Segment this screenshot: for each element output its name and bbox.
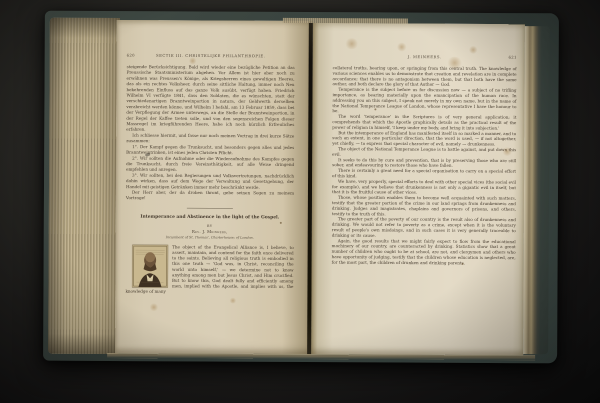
paragraph: steigende Berücksichtigung. Bald wird wi…	[126, 64, 294, 133]
open-book: 620 SECTIE III. CHRISTELIJKE PHILANTHROP…	[43, 11, 559, 364]
right-fore-edge-pages	[523, 26, 550, 354]
article-opening-paragraph: The object of the Evangelical Alliance i…	[125, 244, 293, 295]
paragraph: Ich schliesse hiermit, und fasse nur noc…	[126, 133, 294, 145]
article-title: Intemperance and Abstinence in the light…	[126, 214, 294, 220]
article-divider-rule	[187, 208, 233, 209]
right-page-number: 621	[502, 55, 517, 60]
top-page-edges	[283, 18, 408, 24]
paper-speck	[462, 263, 464, 265]
paper-speck	[374, 108, 376, 110]
paragraph: 2°. Wir sollten die Aufnahme oder die Wi…	[126, 155, 294, 173]
paragraph: But the intemperance of England has mani…	[332, 130, 516, 147]
left-running-head-title: SECTIE III. CHRISTELIJKE PHILANTHROPIE.	[142, 53, 280, 58]
paragraph: The word 'temperance' in the Scriptures …	[332, 114, 516, 131]
byline-by: BY	[126, 223, 294, 228]
paper-speck	[280, 222, 282, 224]
paragraph: 1°. Der Kampf gegen die Trunksucht, und …	[126, 144, 294, 156]
german-article-ending: steigende Berücksichtigung. Bald wird wi…	[126, 64, 295, 202]
byline-author: Rev. J. Meinhers,	[126, 229, 294, 234]
paragraph: Der Herr aber, der da droben thront, geb…	[126, 190, 294, 202]
paragraph: Those, whose position enables them to be…	[332, 195, 516, 218]
right-running-head: J. MEINHERS. 621	[333, 54, 517, 59]
left-page-number: 620	[127, 53, 142, 58]
book-photograph: 620 SECTIE III. CHRISTELIJKE PHILANTHROP…	[0, 0, 600, 403]
paragraph: Temperance is the subject before us for …	[332, 87, 516, 115]
right-page-text-block: J. MEINHERS. 621 collateral truths, bear…	[332, 54, 517, 266]
paragraph: Again, the good results that we might fa…	[332, 238, 516, 266]
left-page-text-block: 620 SECTIE III. CHRISTELIJKE PHILANTHROP…	[125, 53, 294, 295]
author-portrait-engraving	[132, 245, 167, 287]
paragraph: We have, very properly, special efforts …	[332, 179, 516, 196]
left-running-head: 620 SECTIE III. CHRISTELIJKE PHILANTHROP…	[127, 53, 295, 58]
left-fore-edge-pages	[48, 18, 120, 354]
paragraph: 3°. Wir sollten, bei den Regierungen und…	[126, 172, 294, 190]
right-running-head-title: J. MEINHERS.	[348, 54, 502, 59]
paragraph: collateral truths, bearing upon, or spri…	[333, 65, 517, 88]
byline-author-role: Incumbent of St. Thomas', Charterhouse; …	[126, 235, 294, 240]
english-article-body: collateral truths, bearing upon, or spri…	[332, 65, 517, 266]
paragraph: The greater part of the poverty of our c…	[332, 216, 516, 239]
